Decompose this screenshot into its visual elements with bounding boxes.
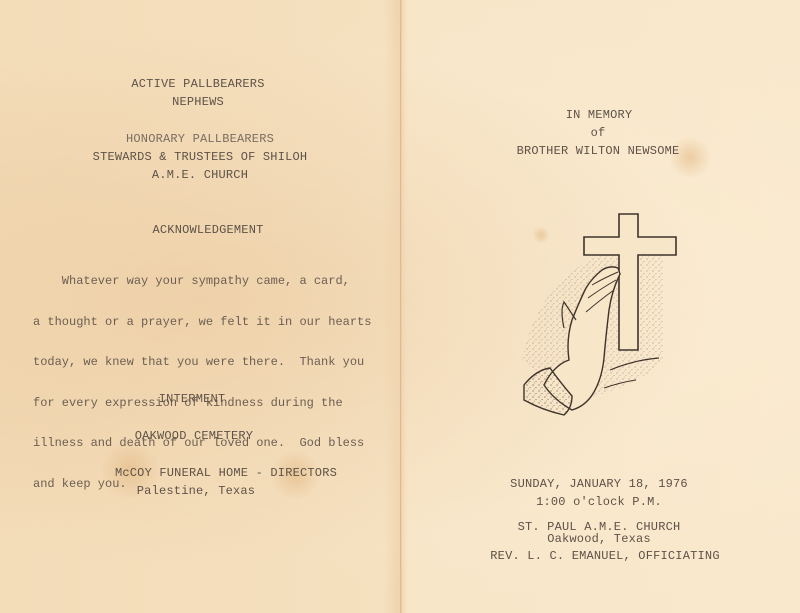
right-panel: IN MEMORY of BROTHER WILTON NEWSOME SUND… <box>402 0 800 613</box>
acknowledgement-line: Whatever way your sympathy came, a card, <box>33 275 393 289</box>
honorary-pallbearers-line1: STEWARDS & TRUSTEES OF SHILOH <box>0 150 400 164</box>
funeral-home-location: Palestine, Texas <box>0 484 396 498</box>
acknowledgement-line: today, we knew that you were there. Than… <box>33 356 393 370</box>
cemetery-name: OAKWOOD CEMETERY <box>0 429 394 443</box>
left-panel: ACTIVE PALLBEARERS NEPHEWS HONORARY PALL… <box>0 0 400 613</box>
praying-hands-cross-icon <box>514 210 684 420</box>
active-pallbearers-heading: ACTIVE PALLBEARERS <box>0 77 398 91</box>
honorary-pallbearers-heading: HONORARY PALLBEARERS <box>0 132 400 146</box>
service-time: 1:00 o'clock P.M. <box>399 495 799 509</box>
officiant: REV. L. C. EMANUEL, OFFICIATING <box>405 549 800 563</box>
funeral-home: McCOY FUNERAL HOME - DIRECTORS <box>26 466 426 480</box>
honorary-pallbearers-line2: A.M.E. CHURCH <box>0 168 400 182</box>
acknowledgement-line: a thought or a prayer, we felt it in our… <box>33 316 393 330</box>
memory-of: of <box>398 126 798 140</box>
interment-heading: INTERMENT <box>0 392 392 406</box>
acknowledgement-heading: ACKNOWLEDGEMENT <box>8 223 408 237</box>
memory-line: IN MEMORY <box>399 108 799 122</box>
church-location: Oakwood, Texas <box>399 532 799 546</box>
deceased-name: BROTHER WILTON NEWSOME <box>398 144 798 158</box>
service-date: SUNDAY, JANUARY 18, 1976 <box>399 477 799 491</box>
active-pallbearers-value: NEPHEWS <box>0 95 398 109</box>
